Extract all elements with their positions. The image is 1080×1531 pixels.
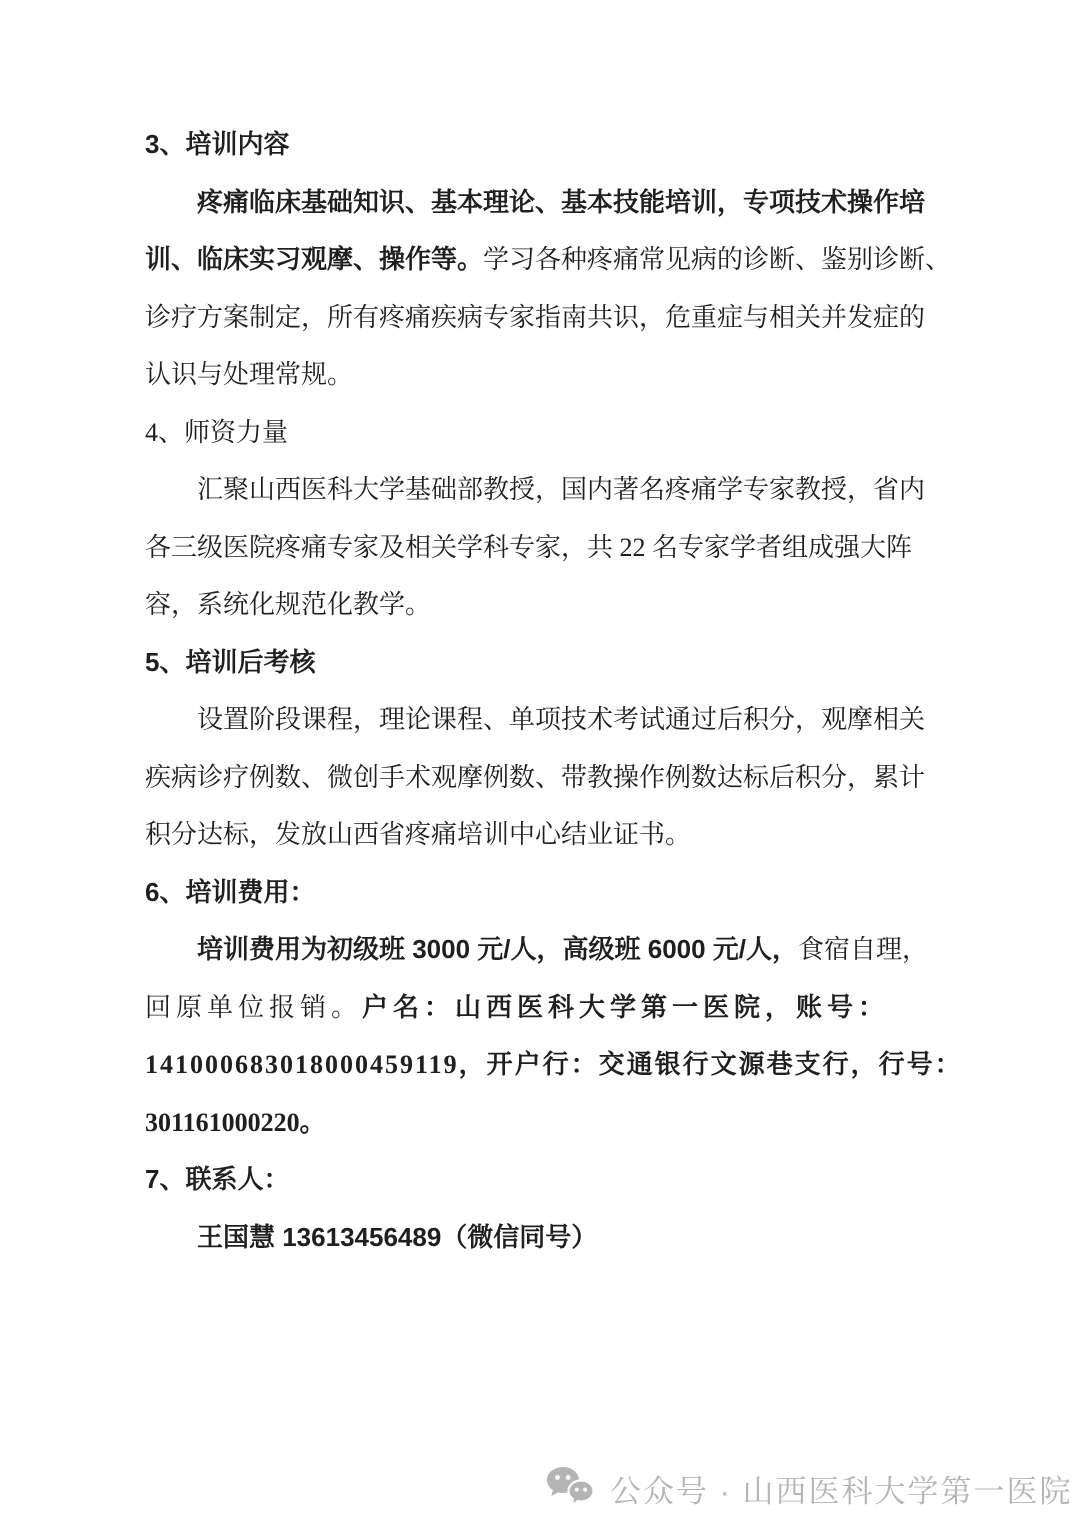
para-training-content-line-1: 疼痛临床基础知识、基本理论、基本技能培训，专项技术操作培	[145, 174, 945, 232]
para-training-content-line-2: 训、临床实习观摩、操作等。学习各种疼痛常见病的诊断、鉴别诊断、	[145, 231, 945, 289]
paragraph-text-bold: 培训费用为初级班 3000 元/人，高级班 6000 元/人，	[197, 934, 798, 964]
paragraph-text: 汇聚山西医科大学基础部教授，国内著名疼痛学专家教授，省内	[197, 475, 925, 504]
paragraph-text: 积分达标，发放山西省疼痛培训中心结业证书。	[145, 820, 691, 849]
paragraph-text-bold: 开户行：交通银行文源巷支行，行号：	[487, 1049, 963, 1079]
heading-6-fees: 6、培训费用：	[145, 864, 945, 922]
para-assessment-line-2: 疾病诊疗例数、微创手术观摩例数、带教操作例数达标后积分，累计	[145, 749, 945, 807]
heading-text: 4、师资力量	[145, 418, 288, 447]
paragraph-text: 诊疗方案制定，所有疼痛疾病专家指南共识，危重症与相关并发症的	[145, 303, 925, 332]
para-training-content-line-4: 认识与处理常规。	[145, 346, 945, 404]
para-faculty-line-2: 各三级医院疼痛专家及相关学科专家，共 22 名专家学者组成强大阵	[145, 519, 945, 577]
wechat-watermark: 公众号 · 山西医科大学第一医院	[545, 1462, 1073, 1514]
wechat-icon	[545, 1465, 597, 1511]
paragraph-text: 容，系统化规范化教学。	[145, 590, 431, 619]
heading-4-faculty: 4、师资力量	[145, 404, 945, 462]
paragraph-text: 学习各种疼痛常见病的诊断、鉴别诊断、	[483, 245, 951, 274]
para-fees-line-2: 回原单位报销。户名：山西医科大学第一医院，账号：	[145, 979, 945, 1037]
heading-text: 5、培训后考核	[145, 647, 315, 677]
heading-text: 3、培训内容	[145, 129, 289, 159]
para-fees-line-1: 培训费用为初级班 3000 元/人，高级班 6000 元/人，食宿自理，	[145, 921, 945, 979]
paragraph-text: 认识与处理常规。	[145, 360, 353, 389]
paragraph-text: 食宿自理，	[798, 935, 928, 964]
bank-number: 301161000220。	[145, 1108, 326, 1137]
paragraph-text: 各三级医院疼痛专家及相关学科专家，共 22 名专家学者组成强大阵	[145, 533, 912, 562]
account-number: 141000683018000459119，	[145, 1050, 487, 1079]
para-faculty-line-1: 汇聚山西医科大学基础部教授，国内著名疼痛学专家教授，省内	[145, 461, 945, 519]
heading-5-assessment: 5、培训后考核	[145, 634, 945, 692]
document-page: 3、培训内容 疼痛临床基础知识、基本理论、基本技能培训，专项技术操作培 训、临床…	[0, 0, 1080, 1531]
contact-name-phone: 王国慧 13613456489（微信同号）	[197, 1222, 597, 1252]
para-assessment-line-1: 设置阶段课程，理论课程、单项技术考试通过后积分，观摩相关	[145, 691, 945, 749]
paragraph-text-bold: 训、临床实习观摩、操作等。	[145, 244, 483, 274]
para-training-content-line-3: 诊疗方案制定，所有疼痛疾病专家指南共识，危重症与相关并发症的	[145, 289, 945, 347]
para-assessment-line-3: 积分达标，发放山西省疼痛培训中心结业证书。	[145, 806, 945, 864]
paragraph-text: 疼痛临床基础知识、基本理论、基本技能培训，专项技术操作培	[197, 187, 925, 217]
para-contact-line-1: 王国慧 13613456489（微信同号）	[145, 1209, 945, 1267]
heading-3-training-content: 3、培训内容	[145, 116, 945, 174]
heading-text: 7、联系人：	[145, 1164, 289, 1194]
paragraph-text: 回原单位报销。	[145, 993, 362, 1022]
paragraph-text: 疾病诊疗例数、微创手术观摩例数、带教操作例数达标后积分，累计	[145, 763, 925, 792]
paragraph-text-bold: 户名：山西医科大学第一医院，账号：	[362, 992, 889, 1022]
heading-7-contact: 7、联系人：	[145, 1151, 945, 1209]
paragraph-text: 设置阶段课程，理论课程、单项技术考试通过后积分，观摩相关	[197, 705, 925, 734]
para-faculty-line-3: 容，系统化规范化教学。	[145, 576, 945, 634]
para-fees-line-4-bank-number: 301161000220。	[145, 1094, 945, 1152]
document-body: 3、培训内容 疼痛临床基础知识、基本理论、基本技能培训，专项技术操作培 训、临床…	[145, 116, 945, 1266]
heading-text: 6、培训费用：	[145, 877, 315, 907]
wechat-watermark-label: 公众号 · 山西医科大学第一医院	[610, 1466, 1073, 1511]
para-fees-line-3-account-number: 141000683018000459119，开户行：交通银行文源巷支行，行号：	[145, 1036, 945, 1094]
